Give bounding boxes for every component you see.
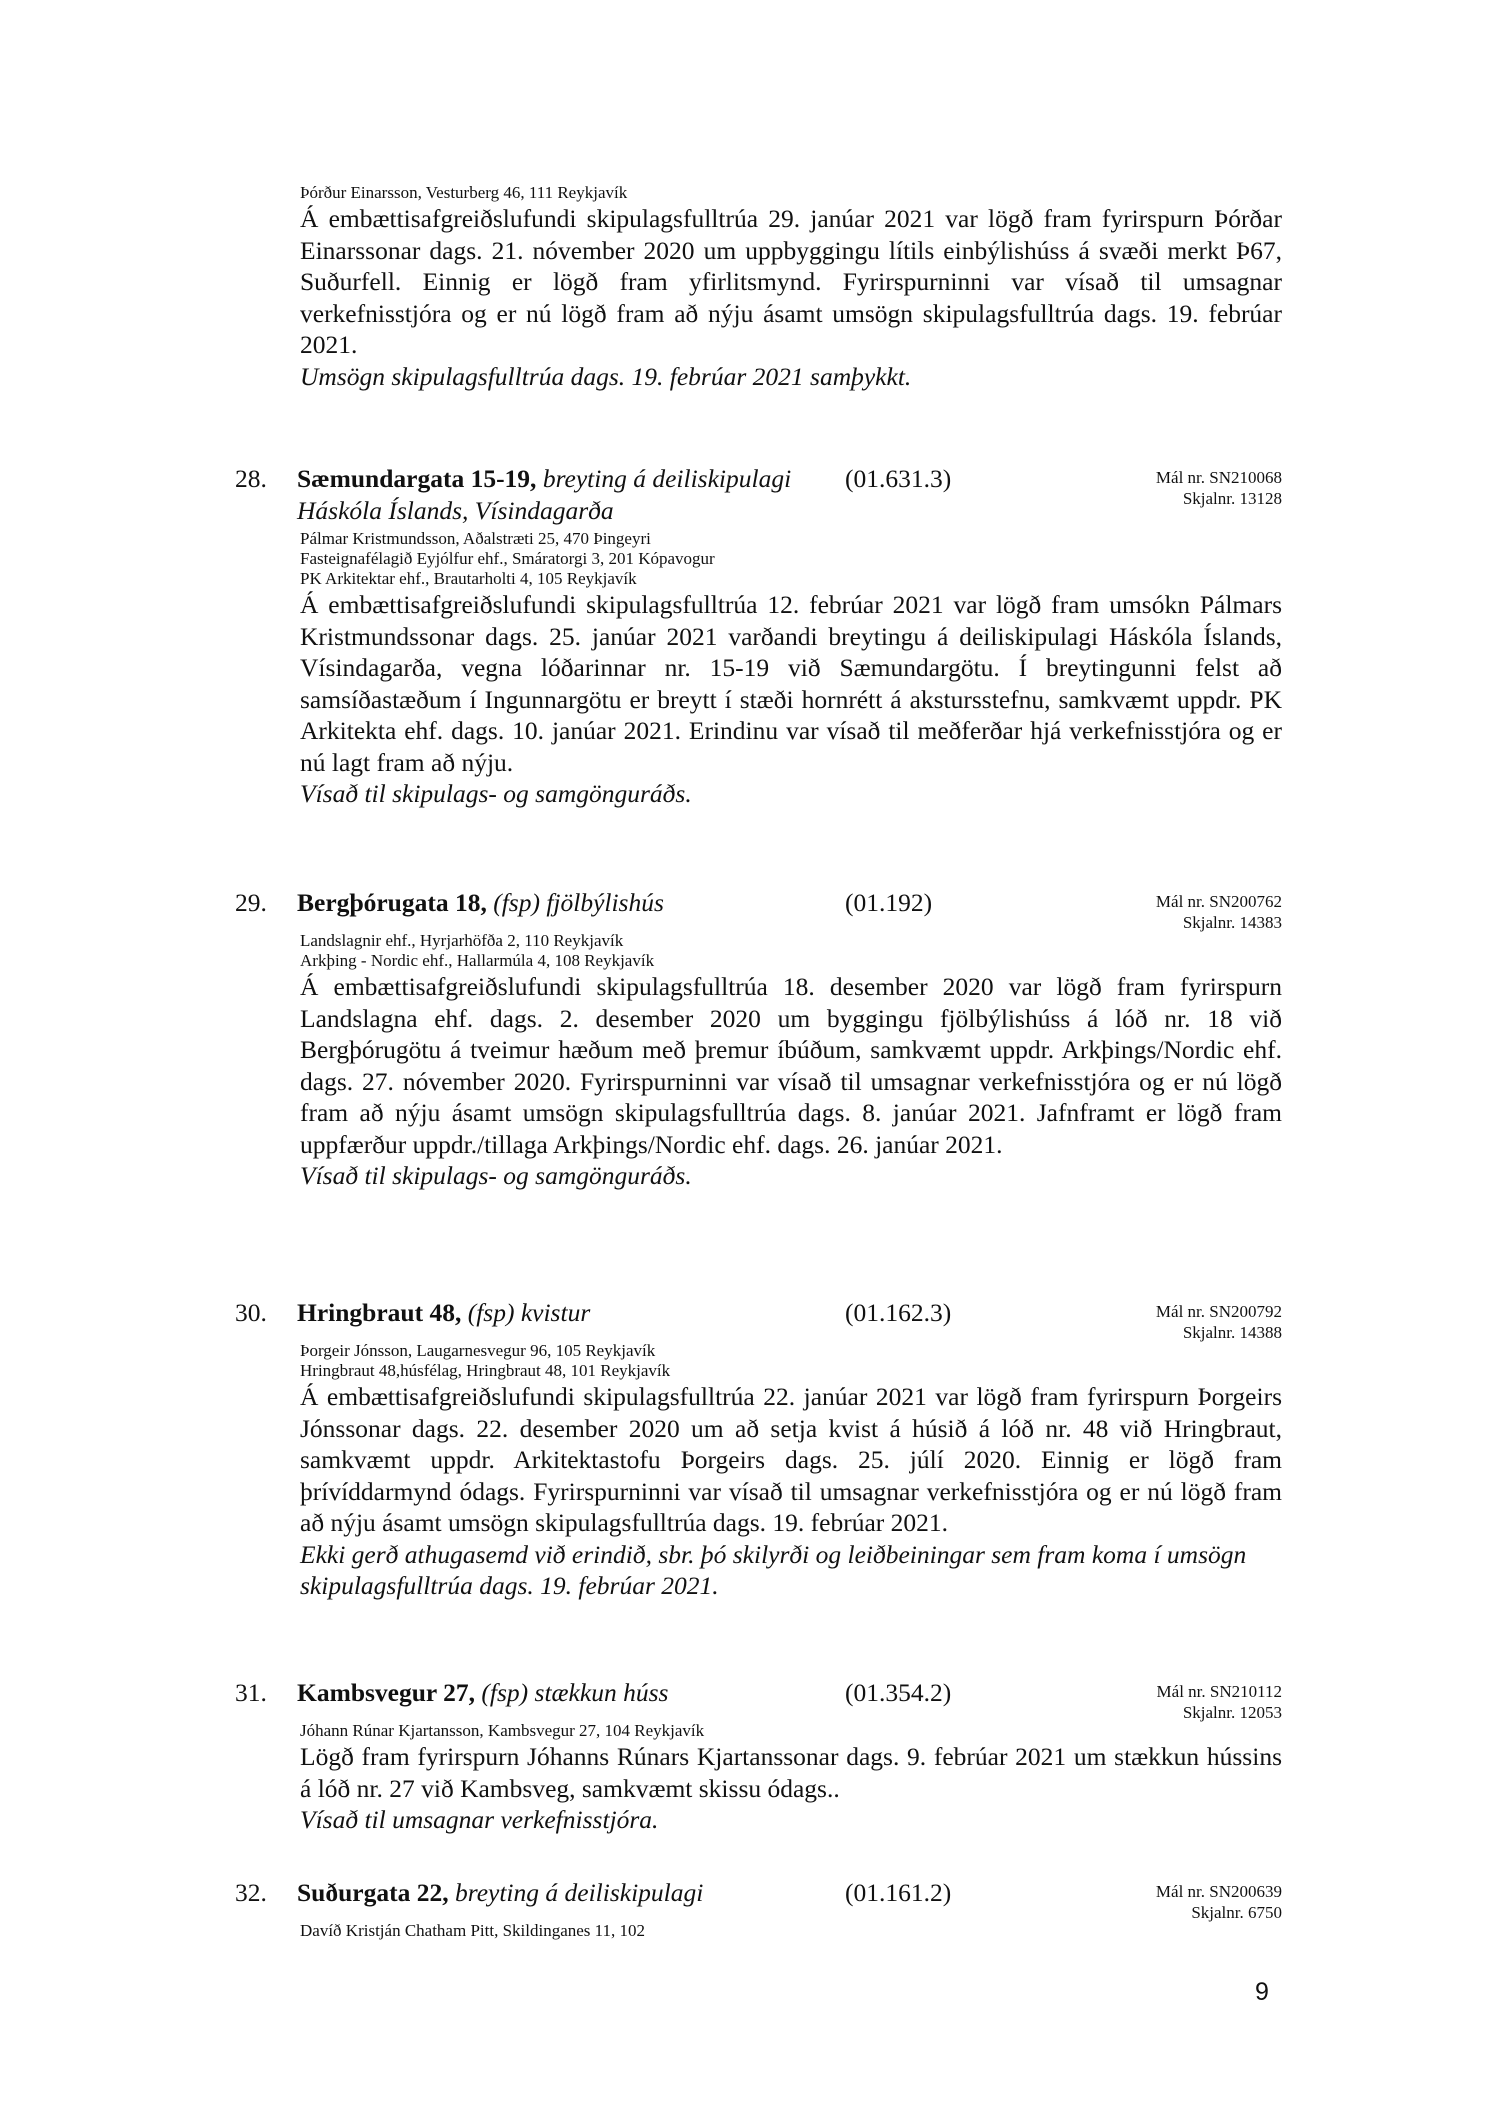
item-title-address: Bergþórugata 18, bbox=[297, 888, 487, 917]
applicant-line: Fasteignafélagið Eyjólfur ehf., Smárator… bbox=[300, 549, 1282, 569]
item-number: 31. bbox=[235, 1677, 267, 1709]
item-title-subject: breyting á deiliskipulagi bbox=[455, 1878, 703, 1907]
applicant-line: Pálmar Kristmundsson, Aðalstræti 25, 470… bbox=[300, 529, 1282, 549]
item-content: Davíð Kristján Chatham Pitt, Skildingane… bbox=[300, 1921, 1282, 1941]
page-number: 9 bbox=[1255, 1978, 1269, 2007]
item-land-code: (01.354.2) bbox=[845, 1677, 951, 1709]
applicant-line: Jóhann Rúnar Kjartansson, Kambsvegur 27,… bbox=[300, 1721, 1282, 1741]
item-decision: Vísað til skipulags- og samgönguráðs. bbox=[300, 1160, 1282, 1192]
item-number: 30. bbox=[235, 1297, 267, 1329]
item-decision: Vísað til skipulags- og samgönguráðs. bbox=[300, 778, 1282, 810]
document-number: Skjalnr. 6750 bbox=[1156, 1902, 1282, 1923]
item-land-code: (01.631.3) bbox=[845, 463, 951, 495]
agenda-item-30: 30. Hringbraut 48, (fsp) kvistur (01.162… bbox=[0, 1297, 1500, 1331]
item-title-address: Hringbraut 48, bbox=[297, 1298, 461, 1327]
item-land-code: (01.161.2) bbox=[845, 1877, 951, 1909]
item-body: Á embættisafgreiðslufundi skipulagsfullt… bbox=[300, 1381, 1282, 1539]
item-number: 29. bbox=[235, 887, 267, 919]
item-title-address: Sæmundargata 15-19, bbox=[297, 464, 536, 493]
item-title: Bergþórugata 18, (fsp) fjölbýlishús bbox=[297, 887, 837, 919]
item-title-subject: (fsp) fjölbýlishús bbox=[493, 888, 664, 917]
item-body: Á embættisafgreiðslufundi skipulagsfullt… bbox=[300, 589, 1282, 778]
agenda-item-31: 31. Kambsvegur 27, (fsp) stækkun húss (0… bbox=[0, 1677, 1500, 1711]
case-number: Mál nr. SN210112 bbox=[1157, 1681, 1282, 1702]
applicant-line: Þórður Einarsson, Vesturberg 46, 111 Rey… bbox=[300, 183, 1282, 203]
item-case-info: Mál nr. SN210112 Skjalnr. 12053 bbox=[1157, 1681, 1282, 1723]
applicant-line: Arkþing - Nordic ehf., Hallarmúla 4, 108… bbox=[300, 951, 1282, 971]
document-page: Þórður Einarsson, Vesturberg 46, 111 Rey… bbox=[0, 0, 1500, 2122]
item-27-continuation: Þórður Einarsson, Vesturberg 46, 111 Rey… bbox=[300, 183, 1282, 392]
applicant-line: PK Arkitektar ehf., Brautarholti 4, 105 … bbox=[300, 569, 1282, 589]
item-title-address: Suðurgata 22, bbox=[297, 1878, 449, 1907]
applicant-line: Hringbraut 48,húsfélag, Hringbraut 48, 1… bbox=[300, 1361, 1282, 1381]
item-title: Sæmundargata 15-19, breyting á deiliskip… bbox=[297, 463, 837, 526]
item-number: 28. bbox=[235, 463, 267, 495]
item-number: 32. bbox=[235, 1877, 267, 1909]
item-title: Kambsvegur 27, (fsp) stækkun húss bbox=[297, 1677, 837, 1709]
item-body: Á embættisafgreiðslufundi skipulagsfullt… bbox=[300, 203, 1282, 361]
document-number: Skjalnr. 12053 bbox=[1157, 1702, 1282, 1723]
applicant-line: Davíð Kristján Chatham Pitt, Skildingane… bbox=[300, 1921, 1282, 1941]
document-number: Skjalnr. 14388 bbox=[1156, 1322, 1282, 1343]
item-land-code: (01.162.3) bbox=[845, 1297, 951, 1329]
item-land-code: (01.192) bbox=[845, 887, 932, 919]
item-title-subject: (fsp) stækkun húss bbox=[481, 1678, 668, 1707]
item-title: Hringbraut 48, (fsp) kvistur bbox=[297, 1297, 837, 1329]
item-body: Á embættisafgreiðslufundi skipulagsfullt… bbox=[300, 971, 1282, 1160]
item-decision: Vísað til umsagnar verkefnisstjóra. bbox=[300, 1804, 1282, 1836]
applicant-line: Landslagnir ehf., Hyrjarhöfða 2, 110 Rey… bbox=[300, 931, 1282, 951]
item-decision: Umsögn skipulagsfulltrúa dags. 19. febrú… bbox=[300, 361, 1282, 393]
case-number: Mál nr. SN200792 bbox=[1156, 1301, 1282, 1322]
case-number: Mál nr. SN200639 bbox=[1156, 1881, 1282, 1902]
case-number: Mál nr. SN200762 bbox=[1156, 891, 1282, 912]
document-number: Skjalnr. 13128 bbox=[1156, 488, 1282, 509]
item-content: Jóhann Rúnar Kjartansson, Kambsvegur 27,… bbox=[300, 1721, 1282, 1836]
item-content: Þorgeir Jónsson, Laugarnesvegur 96, 105 … bbox=[300, 1341, 1282, 1602]
item-case-info: Mál nr. SN200639 Skjalnr. 6750 bbox=[1156, 1881, 1282, 1923]
item-case-info: Mál nr. SN200792 Skjalnr. 14388 bbox=[1156, 1301, 1282, 1343]
item-case-info: Mál nr. SN200762 Skjalnr. 14383 bbox=[1156, 891, 1282, 933]
case-number: Mál nr. SN210068 bbox=[1156, 467, 1282, 488]
applicant-line: Þorgeir Jónsson, Laugarnesvegur 96, 105 … bbox=[300, 1341, 1282, 1361]
item-decision: Ekki gerð athugasemd við erindið, sbr. þ… bbox=[300, 1539, 1282, 1602]
document-number: Skjalnr. 14383 bbox=[1156, 912, 1282, 933]
item-content: Landslagnir ehf., Hyrjarhöfða 2, 110 Rey… bbox=[300, 931, 1282, 1192]
item-title-subject: (fsp) kvistur bbox=[468, 1298, 591, 1327]
agenda-item-28: 28. Sæmundargata 15-19, breyting á deili… bbox=[0, 463, 1500, 497]
agenda-item-29: 29. Bergþórugata 18, (fsp) fjölbýlishús … bbox=[0, 887, 1500, 921]
item-title: Suðurgata 22, breyting á deiliskipulagi bbox=[297, 1877, 837, 1909]
item-content: Pálmar Kristmundsson, Aðalstræti 25, 470… bbox=[300, 529, 1282, 810]
agenda-item-32: 32. Suðurgata 22, breyting á deiliskipul… bbox=[0, 1877, 1500, 1911]
item-case-info: Mál nr. SN210068 Skjalnr. 13128 bbox=[1156, 467, 1282, 509]
item-title-address: Kambsvegur 27, bbox=[297, 1678, 475, 1707]
item-body: Lögð fram fyrirspurn Jóhanns Rúnars Kjar… bbox=[300, 1741, 1282, 1804]
